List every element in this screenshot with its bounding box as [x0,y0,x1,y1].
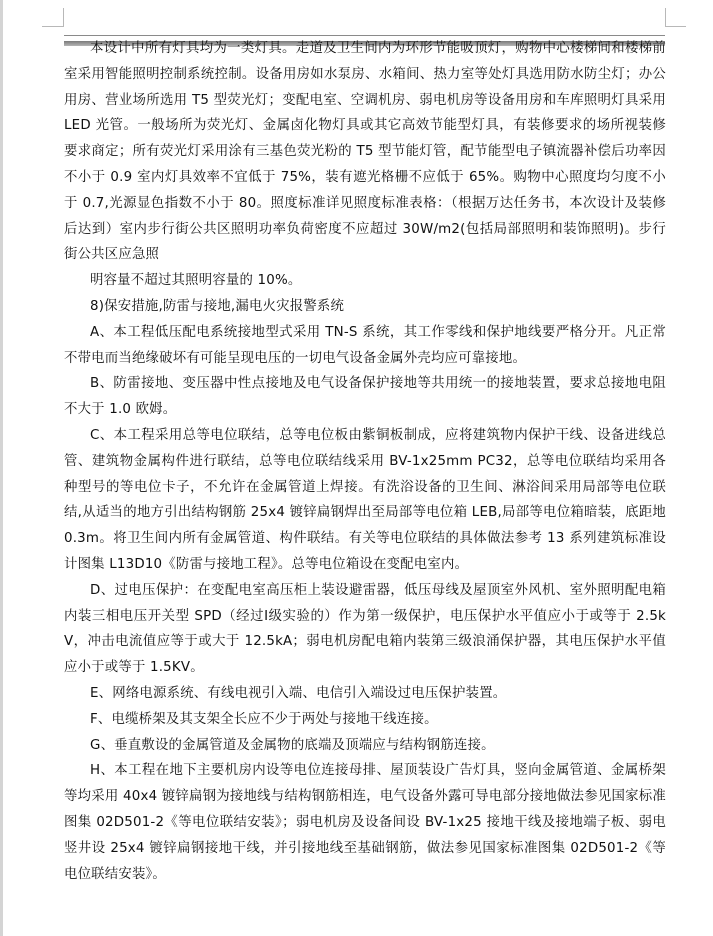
paragraph-item-h: H、本工程在地下主要机房内设等电位连接母排、屋顶装设广告灯具，竖向金属管道、金属… [64,758,666,887]
paragraph-lighting-main: 本设计中所有灯具均为一类灯具。走道及卫生间内为环形节能吸顶灯，购物中心楼梯间和楼… [64,36,666,268]
top-left-margin-mark [42,8,64,27]
paragraph-item-c: C、本工程采用总等电位联结，总等电位板由紫铜板制成，应将建筑物内保护干线、设备进… [64,423,666,578]
paragraph-item-d: D、过电压保护：在变配电室高压柜上装设避雷器，低压母线及屋顶室外风机、室外照明配… [64,578,666,681]
paragraph-emergency-capacity: 明容量不超过其照明容量的 10%。 [64,268,666,294]
paragraph-item-a: A、本工程低压配电系统接地型式采用 TN-S 系统，其工作零线和保护地线要严格分… [64,320,666,372]
paragraph-item-g: G、垂直敷设的金属管道及金属物的底端及顶端应与结构钢筋连接。 [64,733,666,759]
top-right-margin-mark [665,8,686,27]
document-body[interactable]: 本设计中所有灯具均为一类灯具。走道及卫生间内为环形节能吸顶灯，购物中心楼梯间和楼… [64,36,666,887]
paragraph-item-e: E、网络电源系统、有线电视引入端、电信引入端设过电压保护装置。 [64,681,666,707]
paragraph-item-f: F、电缆桥架及其支架全长应不少于两处与接地干线连接。 [64,707,666,733]
section-heading-protection: 8)保安措施,防雷与接地,漏电火灾报警系统 [64,294,666,320]
paragraph-item-b: B、防雷接地、变压器中性点接地及电气设备保护接地等共用统一的接地装置，要求总接地… [64,371,666,423]
window-left-edge [0,0,3,936]
